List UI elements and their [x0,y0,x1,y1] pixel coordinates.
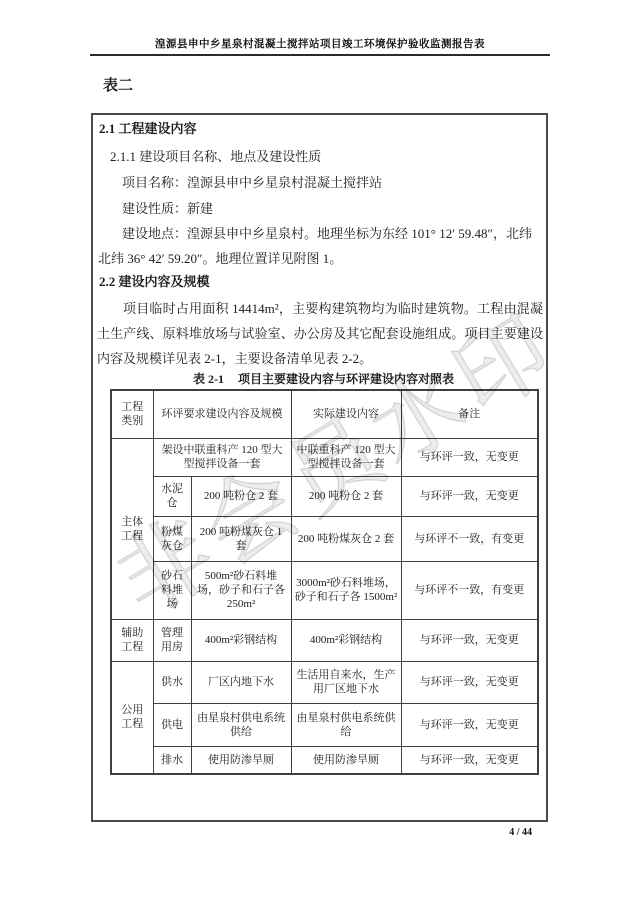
col-header-category: 工程 类别 [111,390,153,438]
table-row: 粉煤 灰仓 200 吨粉煤灰仓 1 套 200 吨粉煤灰仓 2 套 与环评不一致… [111,516,538,561]
report-header-title: 湟源县申中乡星泉村混凝土搅拌站项目竣工环境保护验收监测报告表 [0,36,640,51]
cell-note: 与环评一致，无变更 [401,661,538,703]
cell-note: 与环评不一致，有变更 [401,516,538,561]
table-row: 主体 工程 架设中联重科产 120 型大型搅拌设备一套 中联重科产 120 型大… [111,438,538,476]
table-2-1-title-label: 表 2-1 [193,372,224,386]
cell-sub: 水泥 仓 [153,476,191,516]
location-line-1: 建设地点：湟源县申中乡星泉村。地理坐标为东经 101° 12′ 59.48″，北… [122,223,532,242]
cell-eia: 500m²砂石料堆场，砂子和石子各 250m² [191,561,291,619]
table-row: 排水 使用防渗旱厕 使用防渗旱厕 与环评一致，无变更 [111,746,538,774]
cell-note: 与环评一致，无变更 [401,438,538,476]
section-2-2-paragraph: 项目临时占用面积 14414m²，主要构建筑物均为临时建筑物。工程由混凝土生产线… [97,296,543,371]
cell-actual: 由星泉村供电系统供给 [291,703,401,746]
content-box: 2.1 工程建设内容 2.1.1 建设项目名称、地点及建设性质 项目名称：湟源县… [91,113,548,822]
cell-actual: 使用防渗旱厕 [291,746,401,774]
cell-sub: 供电 [153,703,191,746]
cell-eia: 400m²彩钢结构 [191,619,291,661]
table-row: 水泥 仓 200 吨粉仓 2 套 200 吨粉仓 2 套 与环评一致，无变更 [111,476,538,516]
table-2-1: 工程 类别 环评要求建设内容及规模 实际建设内容 备注 主体 工程 架设中联重科… [110,389,539,775]
cell-note: 与环评一致，无变更 [401,703,538,746]
col-header-actual: 实际建设内容 [291,390,401,438]
table-2-1-title-text: 项目主要建设内容与环评建设内容对照表 [238,372,454,386]
section-2-1-1-heading: 2.1.1 建设项目名称、地点及建设性质 [110,146,321,165]
cell-actual: 200 吨粉煤灰仓 2 套 [291,516,401,561]
cell-note: 与环评不一致，有变更 [401,561,538,619]
cell-actual: 生活用自来水，生产用厂区地下水 [291,661,401,703]
project-name-line: 项目名称：湟源县申中乡星泉村混凝土搅拌站 [122,172,382,191]
section-2-2-heading: 2.2 建设内容及规模 [99,271,210,290]
cell-eia: 架设中联重科产 120 型大型搅拌设备一套 [153,438,291,476]
cell-sub: 砂石 料堆 场 [153,561,191,619]
cell-eia: 使用防渗旱厕 [191,746,291,774]
table-row: 辅助 工程 管理 用房 400m²彩钢结构 400m²彩钢结构 与环评一致，无变… [111,619,538,661]
cell-sub: 管理 用房 [153,619,191,661]
cell-note: 与环评一致，无变更 [401,476,538,516]
cell-eia: 厂区内地下水 [191,661,291,703]
cell-eia: 由星泉村供电系统供给 [191,703,291,746]
table-row: 砂石 料堆 场 500m²砂石料堆场，砂子和石子各 250m² 3000m²砂石… [111,561,538,619]
cell-eia: 200 吨粉煤灰仓 1 套 [191,516,291,561]
cell-eia: 200 吨粉仓 2 套 [191,476,291,516]
cell-sub: 供水 [153,661,191,703]
table-row: 公用 工程 供水 厂区内地下水 生活用自来水，生产用厂区地下水 与环评一致，无变… [111,661,538,703]
document-page: 湟源县申中乡星泉村混凝土搅拌站项目竣工环境保护验收监测报告表 非会员水印 表二 … [0,0,640,905]
table-row: 供电 由星泉村供电系统供给 由星泉村供电系统供给 与环评一致，无变更 [111,703,538,746]
location-line-2: 北纬 36° 42′ 59.20″。地理位置详见附图 1。 [98,248,342,267]
cell-actual: 中联重科产 120 型大型搅拌设备一套 [291,438,401,476]
cell-sub: 排水 [153,746,191,774]
cell-category-main: 主体 工程 [111,438,153,619]
cell-actual: 3000m²砂石料堆场，砂子和石子各 1500m² [291,561,401,619]
header-divider [90,54,550,56]
cell-note: 与环评一致，无变更 [401,746,538,774]
cell-note: 与环评一致，无变更 [401,619,538,661]
cell-category-aux: 辅助 工程 [111,619,153,661]
col-header-note: 备注 [401,390,538,438]
col-header-eia: 环评要求建设内容及规模 [153,390,291,438]
section-2-1-heading: 2.1 工程建设内容 [99,118,197,137]
cell-sub: 粉煤 灰仓 [153,516,191,561]
construction-nature-line: 建设性质：新建 [122,198,213,217]
table-2-1-title: 表 2-1项目主要建设内容与环评建设内容对照表 [110,370,537,387]
cell-actual: 200 吨粉仓 2 套 [291,476,401,516]
page-number: 4 / 44 [0,827,532,838]
form-page-label: 表二 [103,74,133,95]
table-header-row: 工程 类别 环评要求建设内容及规模 实际建设内容 备注 [111,390,538,438]
cell-actual: 400m²彩钢结构 [291,619,401,661]
cell-category-public: 公用 工程 [111,661,153,774]
